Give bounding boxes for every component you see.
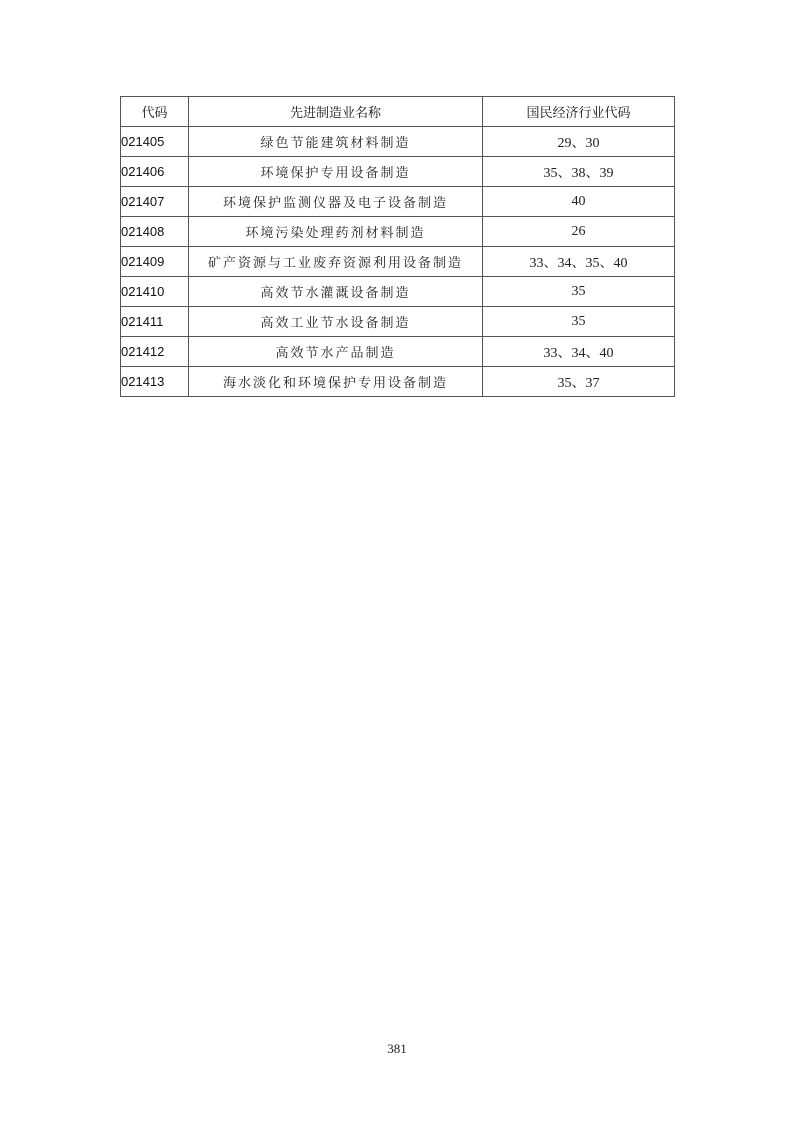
table-row: 021412 高效节水产品制造 33、34、40: [121, 337, 675, 367]
table-row: 021409 矿产资源与工业废弃资源利用设备制造 33、34、35、40: [121, 247, 675, 277]
cell-industry-code: 35、38、39: [483, 157, 675, 187]
cell-name: 矿产资源与工业废弃资源利用设备制造: [189, 247, 483, 277]
table-row: 021413 海水淡化和环境保护专用设备制造 35、37: [121, 367, 675, 397]
manufacturing-catalog-table: 代码 先进制造业名称 国民经济行业代码 021405 绿色节能建筑材料制造 29…: [120, 96, 675, 397]
cell-name: 环境保护监测仪器及电子设备制造: [189, 187, 483, 217]
cell-name: 海水淡化和环境保护专用设备制造: [189, 367, 483, 397]
header-code: 代码: [121, 97, 189, 127]
cell-name: 高效节水灌溉设备制造: [189, 277, 483, 307]
table-row: 021411 高效工业节水设备制造 35: [121, 307, 675, 337]
cell-industry-code: 33、34、40: [483, 337, 675, 367]
cell-industry-code: 40: [483, 187, 675, 217]
cell-industry-code: 33、34、35、40: [483, 247, 675, 277]
cell-industry-code: 26: [483, 217, 675, 247]
cell-name: 环境污染处理药剂材料制造: [189, 217, 483, 247]
document-page: 代码 先进制造业名称 国民经济行业代码 021405 绿色节能建筑材料制造 29…: [0, 0, 794, 1122]
cell-name: 绿色节能建筑材料制造: [189, 127, 483, 157]
cell-name: 高效工业节水设备制造: [189, 307, 483, 337]
header-industry-code: 国民经济行业代码: [483, 97, 675, 127]
table-row: 021408 环境污染处理药剂材料制造 26: [121, 217, 675, 247]
table-row: 021407 环境保护监测仪器及电子设备制造 40: [121, 187, 675, 217]
cell-code: 021412: [121, 337, 189, 367]
cell-code: 021411: [121, 307, 189, 337]
cell-industry-code: 35: [483, 277, 675, 307]
table-header-row: 代码 先进制造业名称 国民经济行业代码: [121, 97, 675, 127]
table-row: 021410 高效节水灌溉设备制造 35: [121, 277, 675, 307]
cell-code: 021408: [121, 217, 189, 247]
table-row: 021406 环境保护专用设备制造 35、38、39: [121, 157, 675, 187]
cell-name: 环境保护专用设备制造: [189, 157, 483, 187]
cell-code: 021413: [121, 367, 189, 397]
header-name: 先进制造业名称: [189, 97, 483, 127]
table-row: 021405 绿色节能建筑材料制造 29、30: [121, 127, 675, 157]
cell-code: 021410: [121, 277, 189, 307]
cell-code: 021407: [121, 187, 189, 217]
cell-name: 高效节水产品制造: [189, 337, 483, 367]
cell-industry-code: 29、30: [483, 127, 675, 157]
cell-code: 021405: [121, 127, 189, 157]
cell-code: 021409: [121, 247, 189, 277]
cell-industry-code: 35、37: [483, 367, 675, 397]
cell-code: 021406: [121, 157, 189, 187]
page-number: 381: [0, 1041, 794, 1057]
cell-industry-code: 35: [483, 307, 675, 337]
